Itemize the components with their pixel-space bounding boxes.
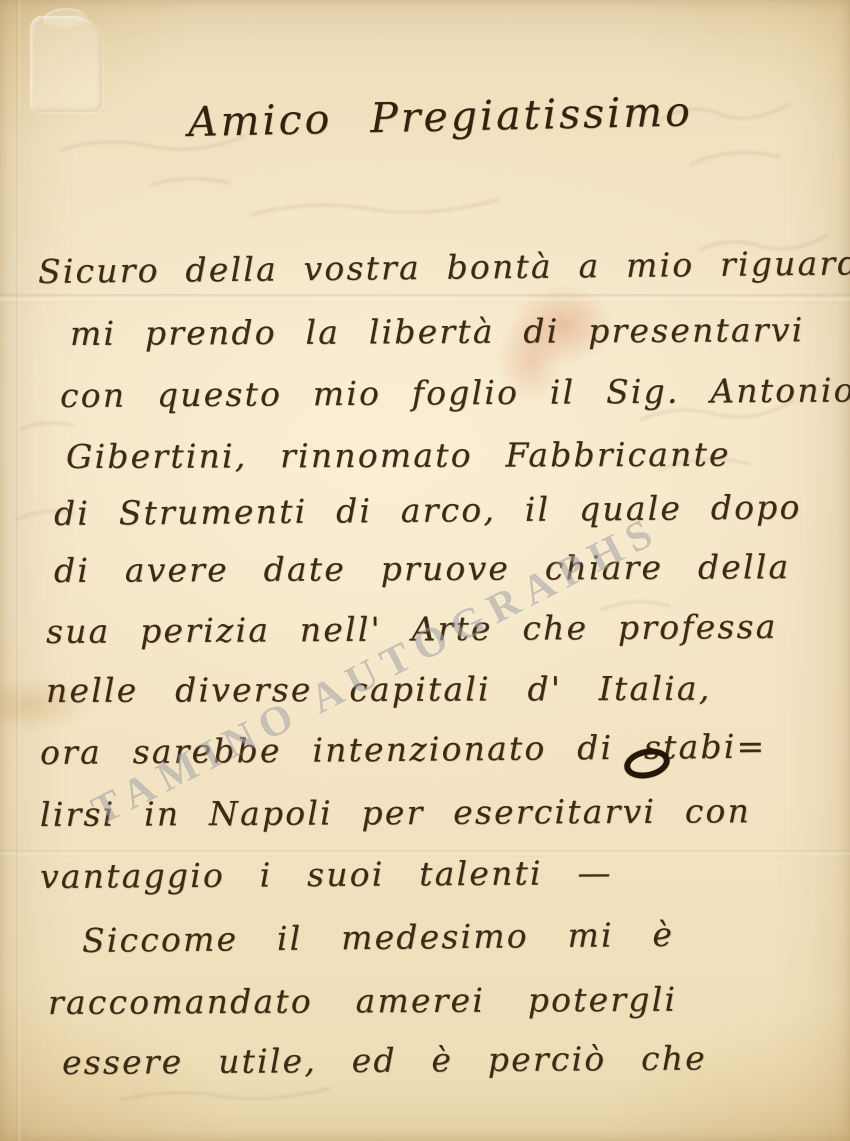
- letter-line: essere utile, ed è perciò che: [62, 1038, 707, 1082]
- letter-line: di Strumenti di arco, il quale dopo: [54, 487, 802, 533]
- letter-salutation: Amico Pregiatissimo: [187, 87, 693, 146]
- letter-line: mi prendo la libertà di presentarvi: [70, 310, 805, 353]
- vertical-edge-crease: [16, 0, 22, 1141]
- letter-line: vantaggio i suoi talenti —: [40, 853, 613, 896]
- letter-line: raccomandato amerei potergli: [48, 980, 677, 1022]
- letter-line: di avere date pruove chiare della: [54, 547, 791, 590]
- letter-line: Gibertini, rinnomato Fabbricante: [66, 435, 731, 476]
- letter-line: Siccome il medesimo mi è: [82, 915, 675, 960]
- letter-line: Sicuro della vostra bontà a mio riguardo: [38, 243, 850, 291]
- letter-line: con questo mio foglio il Sig. Antonio: [60, 370, 850, 415]
- embossed-stamp: [30, 16, 102, 112]
- letter-scan: Amico Pregiatissimo Sicuro della vostra …: [0, 0, 850, 1141]
- horizontal-fold-crease: [0, 294, 850, 303]
